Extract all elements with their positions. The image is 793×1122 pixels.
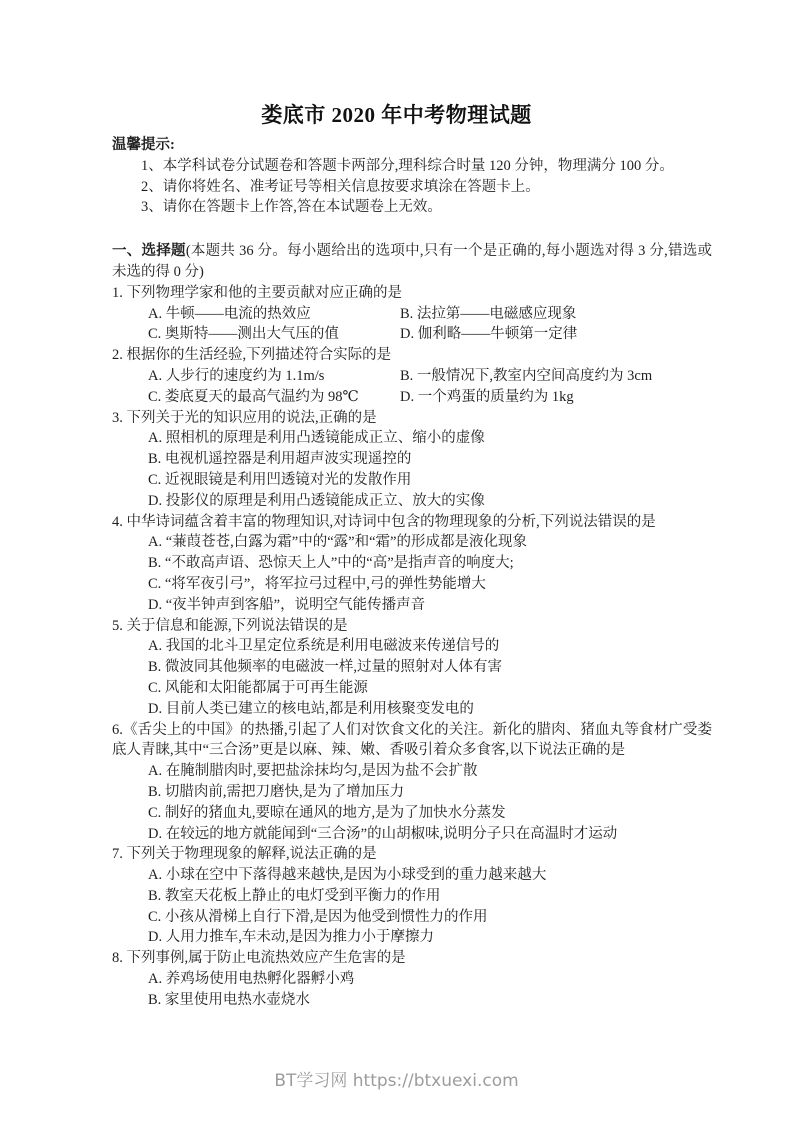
question-3-option-D: D. 投影仪的原理是利用凸透镜能成正立、放大的实像 <box>148 491 712 512</box>
question-5-option-D: D. 目前人类已建立的核电站,都是利用核聚变发电的 <box>148 699 712 720</box>
notice-item-3: 3、请你在答题卡上作答,答在本试题卷上无效。 <box>141 197 712 218</box>
question-6-option-D: D. 在较远的地方就能闻到“三合汤”的山胡椒味,说明分子只在高温时才运动 <box>148 824 712 845</box>
section-heading-title: 一、选择题 <box>112 243 186 259</box>
question-5-option-B: B. 微波同其他频率的电磁波一样,过量的照射对人体有害 <box>148 657 712 678</box>
question-1: 1. 下列物理学家和他的主要贡献对应正确的是A. 牛顿——电流的热效应B. 法拉… <box>112 283 712 345</box>
question-5-option-A: A. 我国的北斗卫星定位系统是利用电磁波来传递信号的 <box>148 636 712 657</box>
question-1-option-C: C. 奥斯特——测出大气压的值 <box>148 324 400 345</box>
question-5: 5. 关于信息和能源,下列说法错误的是A. 我国的北斗卫星定位系统是利用电磁波来… <box>112 616 712 720</box>
notice-item-2: 2、请你将姓名、准考证号等相关信息按要求填涂在答题卡上。 <box>141 177 712 198</box>
question-6-option-A: A. 在腌制腊肉时,要把盐涂抹均匀,是因为盐不会扩散 <box>148 761 712 782</box>
question-6-stem: 6.《舌尖上的中国》的热播,引起了人们对饮食文化的关注。新化的腊肉、猪血丸等食材… <box>112 720 712 762</box>
question-8-option-B: B. 家里使用电热水壶烧水 <box>148 990 712 1011</box>
question-4-stem: 4. 中华诗词蕴含着丰富的物理知识,对诗词中包含的物理现象的分析,下列说法错误的… <box>112 512 712 533</box>
question-4-option-A: A. “蒹葭苍苍,白露为霜”中的“露”和“霜”的形成都是液化现象 <box>148 532 712 553</box>
question-2-option-C: C. 娄底夏天的最高气温约为 98℃ <box>148 387 400 408</box>
question-7-option-A: A. 小球在空中下落得越来越快,是因为小球受到的重力越来越大 <box>148 865 712 886</box>
question-2-option-A: A. 人步行的速度约为 1.1m/s <box>148 366 400 387</box>
question-3-stem: 3. 下列关于光的知识应用的说法,正确的是 <box>112 408 712 429</box>
question-6: 6.《舌尖上的中国》的热播,引起了人们对饮食文化的关注。新化的腊肉、猪血丸等食材… <box>112 720 712 845</box>
page-body: 温馨提示: 1、本学科试卷分试题卷和答题卡两部分,理科综合时量 120 分钟，物… <box>112 135 712 1011</box>
notice-item-1: 1、本学科试卷分试题卷和答题卡两部分,理科综合时量 120 分钟，物理满分 10… <box>141 156 712 177</box>
question-1-option-A: A. 牛顿——电流的热效应 <box>148 304 400 325</box>
question-3: 3. 下列关于光的知识应用的说法,正确的是A. 照相机的原理是利用凸透镜能成正立… <box>112 408 712 512</box>
question-8-stem: 8. 下列事例,属于防止电流热效应产生危害的是 <box>112 948 712 969</box>
question-2-option-B: B. 一般情况下,教室内空间高度约为 3cm <box>400 366 652 387</box>
question-2-option-D: D. 一个鸡蛋的质量约为 1kg <box>400 387 574 408</box>
question-1-stem: 1. 下列物理学家和他的主要贡献对应正确的是 <box>112 283 712 304</box>
question-3-option-B: B. 电视机遥控器是利用超声波实现遥控的 <box>148 449 712 470</box>
question-4-option-C: C. “将军夜引弓”，将军拉弓过程中,弓的弹性势能增大 <box>148 574 712 595</box>
question-1-option-row: C. 奥斯特——测出大气压的值D. 伽利略——牛顿第一定律 <box>148 324 712 345</box>
question-2-stem: 2. 根据你的生活经验,下列描述符合实际的是 <box>112 345 712 366</box>
question-7-stem: 7. 下列关于物理现象的解释,说法正确的是 <box>112 844 712 865</box>
question-7-option-C: C. 小孩从滑梯上自行下滑,是因为他受到惯性力的作用 <box>148 907 712 928</box>
footer-watermark: BT学习网 https://btxuexi.com <box>0 1066 793 1091</box>
question-1-option-D: D. 伽利略——牛顿第一定律 <box>400 324 577 345</box>
question-4-option-D: D. “夜半钟声到客船”，说明空气能传播声音 <box>148 595 712 616</box>
section-heading-description: (本题共 36 分。每小题给出的选项中,只有一个是正确的,每小题选对得 3 分,… <box>112 243 712 280</box>
question-5-option-C: C. 风能和太阳能都属于可再生能源 <box>148 678 712 699</box>
page-title: 娄底市 2020 年中考物理试题 <box>0 99 793 129</box>
question-6-option-C: C. 制好的猪血丸,要晾在通风的地方,是为了加快水分蒸发 <box>148 803 712 824</box>
question-2-option-row: C. 娄底夏天的最高气温约为 98℃D. 一个鸡蛋的质量约为 1kg <box>148 387 712 408</box>
question-3-option-C: C. 近视眼镜是利用凹透镜对光的发散作用 <box>148 470 712 491</box>
question-3-option-A: A. 照相机的原理是利用凸透镜能成正立、缩小的虚像 <box>148 428 712 449</box>
question-4: 4. 中华诗词蕴含着丰富的物理知识,对诗词中包含的物理现象的分析,下列说法错误的… <box>112 512 712 616</box>
question-6-option-B: B. 切腊肉前,需把刀磨快,是为了增加压力 <box>148 782 712 803</box>
notice-header: 温馨提示: <box>112 135 712 156</box>
question-2-option-row: A. 人步行的速度约为 1.1m/sB. 一般情况下,教室内空间高度约为 3cm <box>148 366 712 387</box>
question-7: 7. 下列关于物理现象的解释,说法正确的是A. 小球在空中下落得越来越快,是因为… <box>112 844 712 948</box>
question-4-option-B: B. “不敢高声语、恐惊天上人”中的“高”是指声音的响度大; <box>148 553 712 574</box>
exam-paper-page: { "title": "娄底市 2020 年中考物理试题", "notice":… <box>0 0 793 1122</box>
question-8: 8. 下列事例,属于防止电流热效应产生危害的是A. 养鸡场使用电热孵化器孵小鸡B… <box>112 948 712 1010</box>
question-1-option-B: B. 法拉第——电磁感应现象 <box>400 304 576 325</box>
question-2: 2. 根据你的生活经验,下列描述符合实际的是A. 人步行的速度约为 1.1m/s… <box>112 345 712 407</box>
section-heading: 一、选择题(本题共 36 分。每小题给出的选项中,只有一个是正确的,每小题选对得… <box>112 241 712 283</box>
question-7-option-D: D. 人用力推车,车未动,是因为推力小于摩擦力 <box>148 927 712 948</box>
questions: 1. 下列物理学家和他的主要贡献对应正确的是A. 牛顿——电流的热效应B. 法拉… <box>112 283 712 1011</box>
question-5-stem: 5. 关于信息和能源,下列说法错误的是 <box>112 616 712 637</box>
question-8-option-A: A. 养鸡场使用电热孵化器孵小鸡 <box>148 969 712 990</box>
question-7-option-B: B. 教室天花板上静止的电灯受到平衡力的作用 <box>148 886 712 907</box>
question-1-option-row: A. 牛顿——电流的热效应B. 法拉第——电磁感应现象 <box>148 304 712 325</box>
